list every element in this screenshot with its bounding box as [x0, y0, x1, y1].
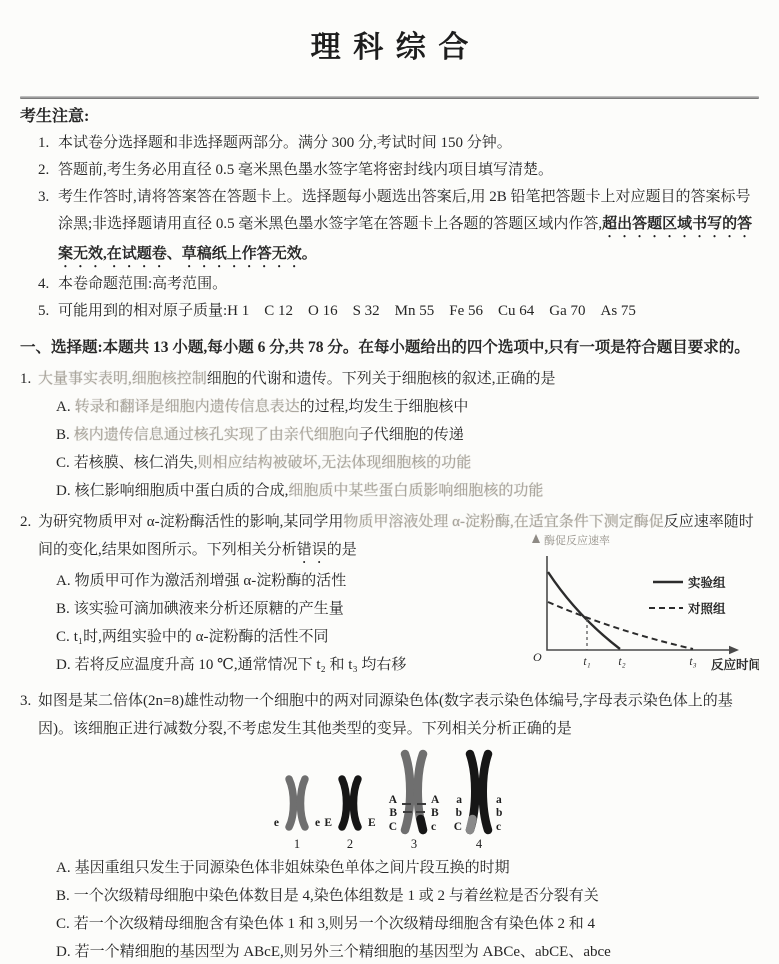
gene-label: c	[496, 821, 501, 833]
gene-label: e	[273, 817, 278, 829]
option-text: 若一个次级精母细胞含有染色体 1 和 3,则另一个次级精母细胞含有染色体 2 和…	[74, 916, 595, 932]
chart-legend: 实验组 对照组	[649, 575, 726, 616]
y-axis-label: 酶促反应速率	[544, 533, 610, 547]
gene-label: E	[324, 817, 332, 829]
gene-label: a	[496, 794, 502, 806]
option-text: 核仁影响细胞质中蛋白质的合成,细胞质中某些蛋白质影响细胞核的功能	[75, 483, 544, 499]
notice-item-text: 可能用到的相对原子质量:H 1 C 12 O 16 S 32 Mn 55 Fe …	[58, 303, 636, 319]
option-label: A.	[56, 573, 71, 589]
question-2: 2. 为研究物质甲对 α-淀粉酶活性的影响,某同学用物质甲溶液处理 α-淀粉酶,…	[20, 508, 759, 679]
option-text: 转录和翻译是细胞内遗传信息表达的过程,均发生于细胞核中	[75, 399, 469, 415]
exchanged-segment-gray	[470, 819, 473, 830]
notice-item-number: 2.	[38, 157, 49, 184]
legend-control-label: 对照组	[687, 601, 726, 616]
gene-label: a	[456, 794, 462, 806]
header-divider	[20, 96, 759, 99]
gene-label: B	[389, 807, 397, 819]
chromosome-2: E E 2	[324, 779, 376, 851]
question-3: 3. 如图是某二倍体(2n=8)雄性动物一个细胞中的两对同源染色体(数字表示染色…	[20, 687, 759, 964]
option-label: C.	[56, 916, 70, 932]
notice-item-number: 5.	[38, 298, 49, 325]
notice-item-text: 本试卷分选择题和非选择题两部分。满分 300 分,考试时间 150 分钟。	[58, 135, 512, 151]
notice-item-text: 本卷命题范围:高考范围。	[58, 276, 227, 292]
question-3-stem: 3. 如图是某二倍体(2n=8)雄性动物一个细胞中的两对同源染色体(数字表示染色…	[20, 687, 759, 743]
question-number: 1.	[20, 365, 31, 393]
x-tick-t2: t₂	[618, 656, 625, 668]
notice-section: 考生注意: 1. 本试卷分选择题和非选择题两部分。满分 300 分,考试时间 1…	[20, 105, 759, 325]
question-1-option-a: A.转录和翻译是细胞内遗传信息表达的过程,均发生于细胞核中	[56, 393, 759, 421]
notice-item-number: 4.	[38, 271, 49, 298]
notice-item-3: 3. 考生作答时,请将答案答在答题卡上。选择题每小题选出答案后,用 2B 铅笔把…	[38, 184, 759, 271]
option-label: D.	[56, 944, 71, 960]
chromosome-4: a b C a b c 4	[453, 754, 502, 851]
chromosome-number: 3	[410, 837, 416, 851]
exam-paper-page: 理科综合 考生注意: 1. 本试卷分选择题和非选择题两部分。满分 300 分,考…	[0, 0, 779, 964]
chromosome-number: 1	[293, 837, 299, 851]
x-tick-t1: t₁	[583, 656, 590, 668]
option-text: 该实验可滴加碘液来分析还原糖的产生量	[74, 601, 344, 617]
option-text: 物质甲可作为激活剂增强 α-淀粉酶的活性	[75, 573, 347, 589]
series-control-curve	[548, 602, 693, 649]
x-axis-label: 反应时间	[711, 657, 759, 672]
question-1-option-b: B.核内遗传信息通过核孔实现了由亲代细胞向子代细胞的传递	[56, 421, 759, 449]
option-text: 若将反应温度升高 10 ℃,通常情况下 t₂ 和 t₃ 均右移	[75, 657, 407, 673]
gene-label: C	[453, 821, 461, 833]
notice-item-number: 3.	[38, 184, 49, 211]
notice-item-text: 考生作答时,请将答案答在答题卡上。选择题每小题选出答案后,用 2B 铅笔把答题卡…	[58, 189, 752, 262]
gene-label: A	[388, 794, 397, 806]
option-text: 基因重组只发生于同源染色体非姐妹染色单体之间片段互换的时期	[75, 860, 510, 876]
x-axis-arrow-icon	[729, 646, 739, 654]
notice-heading: 考生注意:	[20, 105, 759, 129]
question-3-option-c: C.若一个次级精母细胞含有染色体 1 和 3,则另一个次级精母细胞含有染色体 2…	[56, 910, 759, 938]
option-label: B.	[56, 888, 70, 904]
question-stem-text: 如图是某二倍体(2n=8)雄性动物一个细胞中的两对同源染色体(数字表示染色体编号…	[38, 693, 733, 737]
option-text: 若核膜、核仁消失,则相应结构被破坏,无法体现细胞核的功能	[74, 455, 472, 471]
question-number: 2.	[20, 508, 31, 536]
chromosome-3: A B C A B c 3	[388, 754, 439, 851]
question-1-option-c: C.若核膜、核仁消失,则相应结构被破坏,无法体现细胞核的功能	[56, 449, 759, 477]
question-number: 3.	[20, 687, 31, 715]
question-1-option-d: D.核仁影响细胞质中蛋白质的合成,细胞质中某些蛋白质影响细胞核的功能	[56, 477, 759, 505]
question-3-option-a: A.基因重组只发生于同源染色体非姐妹染色单体之间片段互换的时期	[56, 854, 759, 882]
notice-item-2: 2. 答题前,考生务必用直径 0.5 毫米黑色墨水签字笔将密封线内项目填写清楚。	[38, 157, 759, 184]
gene-label: b	[496, 807, 502, 819]
enzyme-reaction-rate-chart: 酶促反应速率 O t₁ t₂ t₃ 反应时间 实验组 对	[525, 530, 759, 682]
question-1-stem: 1. 大量事实表明,细胞核控制细胞的代谢和遗传。下列关于细胞核的叙述,正确的是	[20, 365, 759, 393]
option-label: C.	[56, 629, 70, 645]
question-1: 1. 大量事实表明,细胞核控制细胞的代谢和遗传。下列关于细胞核的叙述,正确的是 …	[20, 365, 759, 505]
notice-item-4: 4. 本卷命题范围:高考范围。	[38, 271, 759, 298]
section-heading-choice-questions: 一、选择题:本题共 13 小题,每小题 6 分,共 78 分。在每小题给出的四个…	[20, 335, 759, 361]
origin-label: O	[533, 650, 542, 664]
option-text: t₁时,两组实验中的 α-淀粉酶的活性不同	[74, 629, 329, 645]
exchanged-segment-black	[420, 819, 423, 830]
gene-label: c	[431, 821, 436, 833]
notice-item-number: 1.	[38, 130, 49, 157]
option-label: C.	[56, 455, 70, 471]
gene-label: e	[315, 817, 320, 829]
option-text: 核内遗传信息通过核孔实现了由亲代细胞向子代细胞的传递	[74, 427, 464, 443]
option-label: B.	[56, 601, 70, 617]
gene-label: E	[368, 817, 376, 829]
chromosome-number: 4	[475, 837, 482, 851]
gene-label: b	[455, 807, 461, 819]
option-label: A.	[56, 860, 71, 876]
notice-item-1: 1. 本试卷分选择题和非选择题两部分。满分 300 分,考试时间 150 分钟。	[38, 130, 759, 157]
notice-item-text: 答题前,考生务必用直径 0.5 毫米黑色墨水签字笔将密封线内项目填写清楚。	[58, 162, 553, 178]
gene-label: B	[431, 807, 439, 819]
question-3-option-b: B.一个次级精母细胞中染色体数目是 4,染色体组数是 1 或 2 与着丝粒是否分…	[56, 882, 759, 910]
question-3-option-d: D.若一个精细胞的基因型为 ABcE,则另外三个精细胞的基因型为 ABCe、ab…	[56, 938, 759, 964]
legend-experimental-label: 实验组	[688, 575, 726, 590]
chromosome-number: 2	[346, 837, 352, 851]
y-axis-arrow-icon	[532, 534, 540, 543]
gene-label: A	[431, 794, 440, 806]
option-label: B.	[56, 427, 70, 443]
gene-label: C	[388, 821, 396, 833]
notice-item-5-atomic-masses: 5. 可能用到的相对原子质量:H 1 C 12 O 16 S 32 Mn 55 …	[38, 298, 759, 325]
chromosome-1: e e 1	[273, 779, 319, 851]
x-tick-t3: t₃	[689, 656, 696, 668]
option-label: D.	[56, 657, 71, 673]
option-text: 若一个精细胞的基因型为 ABcE,则另外三个精细胞的基因型为 ABCe、abCE…	[75, 944, 611, 960]
option-label: D.	[56, 483, 71, 499]
question-stem-text: 大量事实表明,细胞核控制细胞的代谢和遗传。下列关于细胞核的叙述,正确的是	[38, 371, 556, 387]
option-label: A.	[56, 399, 71, 415]
series-experimental-curve	[548, 572, 620, 649]
chromosome-figure: e e 1 E E 2	[262, 746, 518, 852]
option-text: 一个次级精母细胞中染色体数目是 4,染色体组数是 1 或 2 与着丝粒是否分裂有…	[74, 888, 599, 904]
page-title: 理科综合	[20, 22, 759, 66]
